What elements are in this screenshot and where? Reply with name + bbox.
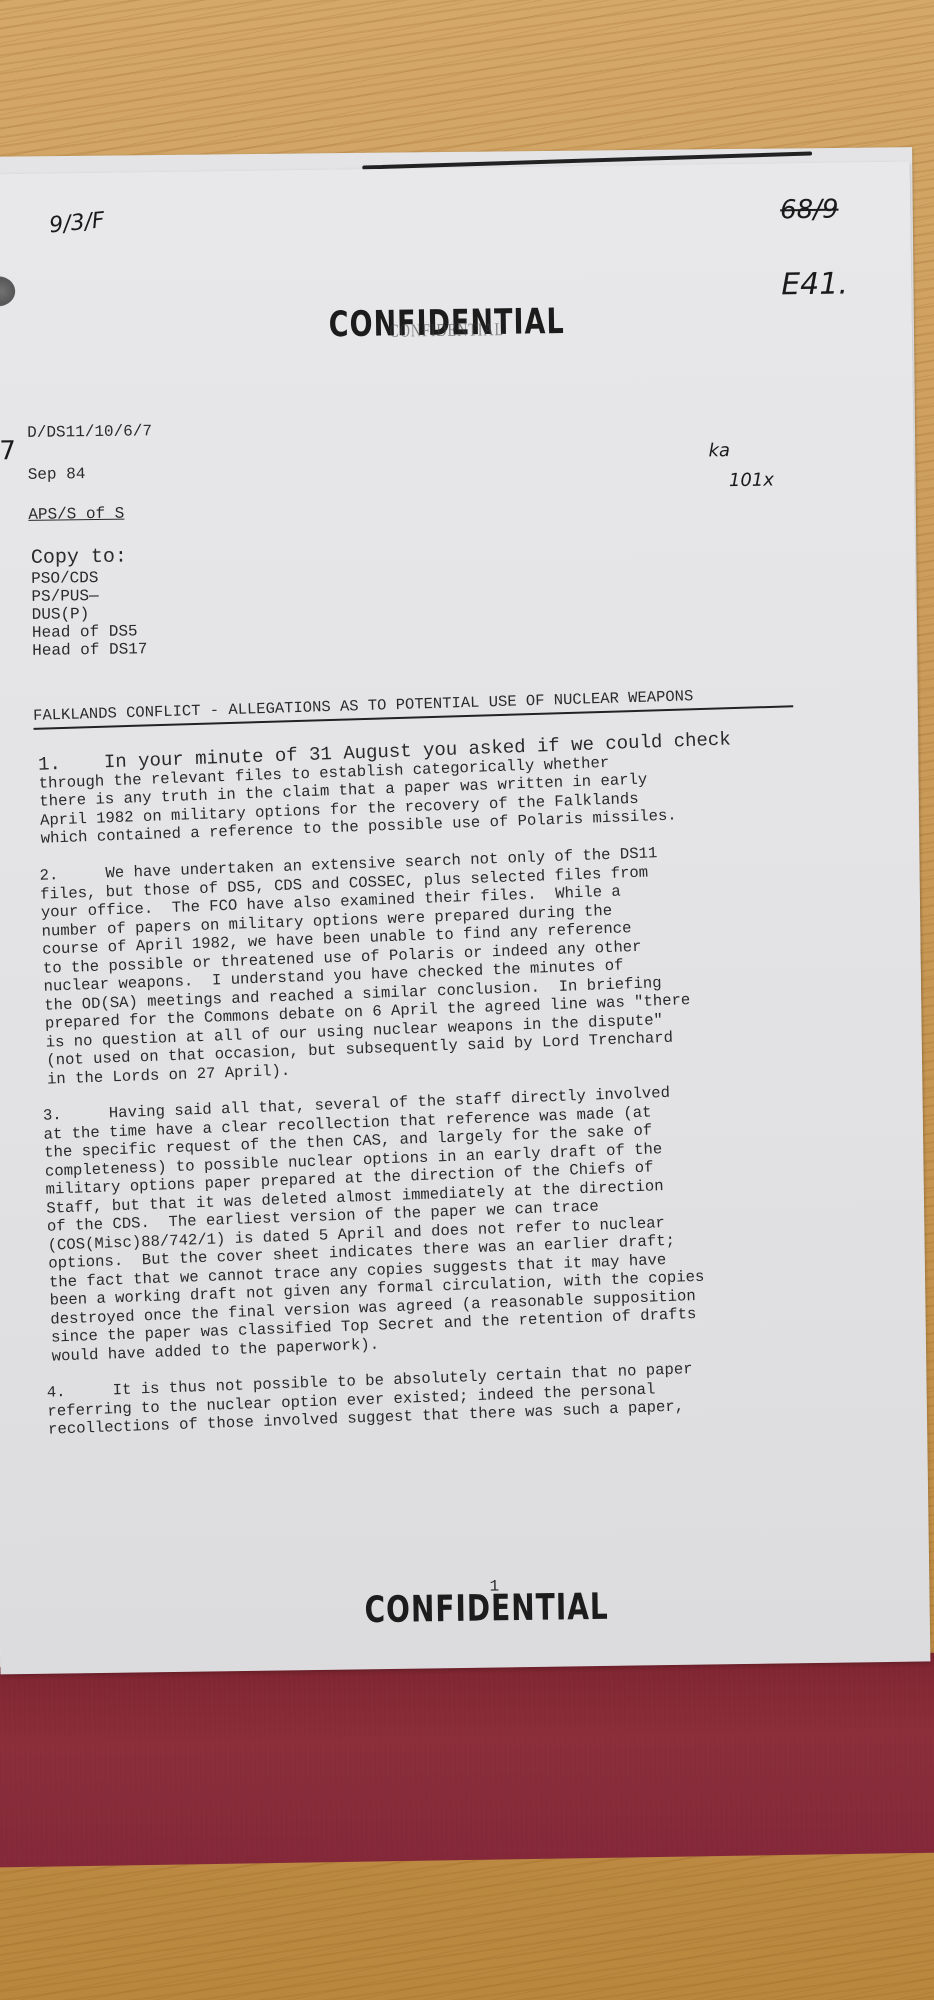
paragraph-2: 2.We have undertaken an extensive search… [39,837,837,1088]
copy-to-item: Head of DS17 [32,640,147,660]
copy-to-list: Copy to: PSO/CDS PS/PUS— DUS(P) Head of … [31,546,148,660]
red-folder [0,1652,934,1867]
punch-hole [0,276,15,306]
handwritten-count: 101x [729,470,774,492]
handwritten-folio: 68/9 [780,195,839,226]
copy-to-item: PS/PUS— [31,586,146,606]
subject-heading: FALKLANDS CONFLICT - ALLEGATIONS AS TO P… [33,683,793,730]
document-body: 1.In your minute of 31 August you asked … [38,745,838,1457]
paragraph-number: 1. [38,753,105,774]
classification-bottom-text: CONFIDENTIAL [364,1585,609,1631]
copy-to-item: PSO/CDS [31,568,146,588]
handwritten-day: 7 [0,436,16,466]
paragraph-3: 3.Having said all that, several of the s… [43,1077,842,1365]
handwritten-initials: ka [708,440,730,461]
paragraph-number: 3. [43,1104,110,1125]
addressee: APS/S of S [28,505,124,524]
paragraph-4: 4.It is thus not possible to be absolute… [46,1354,838,1438]
copy-to-item: DUS(P) [32,604,147,624]
document-reference: D/DS11/10/6/7 [27,422,152,442]
paragraph-number: 2. [39,864,106,885]
classification-stamp-top: CONFIDENTIAL CONFIDENTIAL [0,297,912,350]
document-page: 9/3/F 68/9 E41. ka 101x 7 CONFIDENTIAL C… [0,162,930,1675]
paragraph-1: 1.In your minute of 31 August you asked … [38,727,831,848]
paragraph-number: 4. [46,1381,113,1402]
document-date: Sep 84 [28,465,86,484]
copy-to-item: Head of DS5 [32,622,147,642]
copy-to-label: Copy to: [31,546,147,570]
handwritten-file-ref: 9/3/F [48,208,106,238]
